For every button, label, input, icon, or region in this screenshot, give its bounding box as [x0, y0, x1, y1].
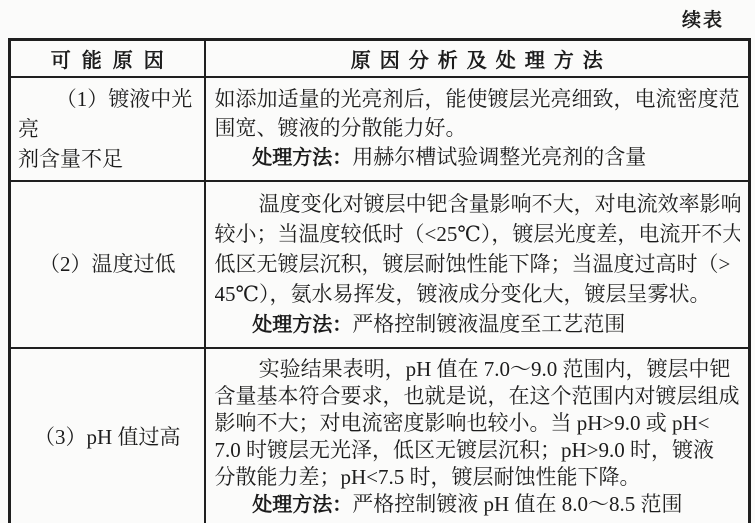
method-label: 处理方法：	[252, 147, 352, 169]
analysis-line: 影响不大；对电流密度影响也较小。当 pH>9.0 或 pH<	[215, 410, 741, 437]
analysis-cell: 如添加适量的光亮剂后，能使镀层光亮细致，电流密度范围宽、镀液的分散能力好。处理方…	[205, 77, 750, 181]
table-row: （1）镀液中光亮剂含量不足如添加适量的光亮剂后，能使镀层光亮细致，电流密度范围宽…	[10, 77, 750, 181]
method-line: 处理方法：严格控制镀液 pH 值在 8.0～8.5 范围	[215, 491, 741, 519]
method-text: 用赫尔槽试验调整光亮剂的含量	[352, 145, 646, 169]
analysis-line: 低区无镀层沉积，镀层耐蚀性能下降；当温度过高时（>	[215, 249, 741, 279]
analysis-line: 较小；当温度较低时（<25℃），镀层光度差，电流开不大，	[215, 219, 741, 249]
cause-text: （1）镀液中光亮	[18, 84, 197, 144]
method-label: 处理方法：	[252, 314, 352, 336]
analysis-line: 45℃），氨水易挥发，镀液成分变化大，镀层呈雾状。	[215, 279, 741, 309]
analysis-line: 含量基本符合要求，也就是说，在这个范围内对镀层组成	[215, 383, 741, 410]
method-text: 严格控制镀液 pH 值在 8.0～8.5 范围	[352, 492, 682, 516]
analysis-line: 温度变化对镀层中钯含量影响不大，对电流效率影响也	[215, 189, 741, 219]
table-row: （2）温度过低温度变化对镀层中钯含量影响不大，对电流效率影响也较小；当温度较低时…	[10, 181, 750, 348]
analysis-line: 围宽、镀液的分散能力好。	[215, 114, 741, 143]
troubleshooting-table: 可能原因 原因分析及处理方法 （1）镀液中光亮剂含量不足如添加适量的光亮剂后，能…	[8, 38, 751, 523]
table-header: 可能原因 原因分析及处理方法	[10, 40, 750, 77]
cause-text: 剂含量不足	[18, 144, 197, 174]
analysis-line: 如添加适量的光亮剂后，能使镀层光亮细致，电流密度范	[215, 85, 741, 114]
method-label: 处理方法：	[252, 494, 352, 516]
cause-text: （3）pH 值过高	[18, 422, 197, 452]
continued-table-label: 续表	[682, 5, 724, 32]
analysis-cell: 实验结果表明，pH 值在 7.0～9.0 范围内，镀层中钯含量基本符合要求，也就…	[205, 348, 750, 523]
cause-cell: （2）温度过低	[10, 181, 205, 348]
table-body: （1）镀液中光亮剂含量不足如添加适量的光亮剂后，能使镀层光亮细致，电流密度范围宽…	[10, 77, 750, 523]
header-row: 可能原因 原因分析及处理方法	[10, 40, 750, 77]
method-line: 处理方法：严格控制镀液温度至工艺范围	[215, 309, 741, 340]
analysis-line: 实验结果表明，pH 值在 7.0～9.0 范围内，镀层中钯	[215, 356, 741, 383]
analysis-line: 7.0 时镀层无光泽，低区无镀层沉积；pH>9.0 时，镀液	[215, 437, 741, 464]
table-row: （3）pH 值过高实验结果表明，pH 值在 7.0～9.0 范围内，镀层中钯含量…	[10, 348, 750, 523]
method-text: 严格控制镀液温度至工艺范围	[352, 312, 625, 336]
header-cause: 可能原因	[10, 40, 205, 77]
method-line: 处理方法：用赫尔槽试验调整光亮剂的含量	[215, 143, 741, 173]
header-analysis: 原因分析及处理方法	[205, 40, 750, 77]
analysis-cell: 温度变化对镀层中钯含量影响不大，对电流效率影响也较小；当温度较低时（<25℃），…	[205, 181, 750, 348]
cause-cell: （1）镀液中光亮剂含量不足	[10, 77, 205, 181]
analysis-line: 分散能力差；pH<7.5 时，镀层耐蚀性能下降。	[215, 464, 741, 491]
cause-cell: （3）pH 值过高	[10, 348, 205, 523]
cause-text: （2）温度过低	[18, 249, 197, 279]
